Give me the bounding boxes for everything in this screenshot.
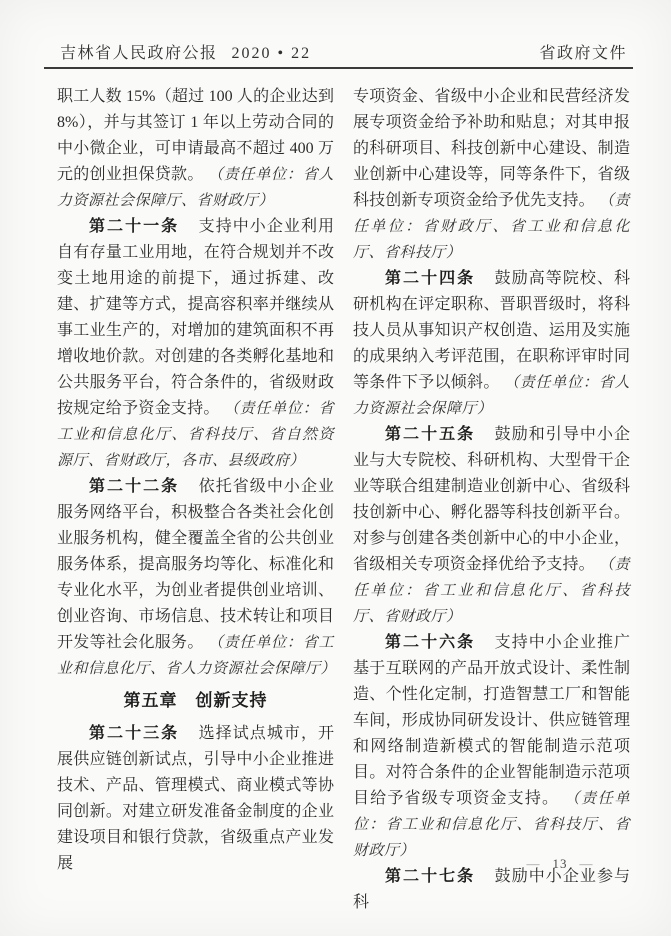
paragraph-text: 支持中小企业利用自有存量工业用地，在符合规划并不改变土地用途的前提下，通过拆建、… xyxy=(57,218,334,417)
page-header: 吉林省人民政府公报 2020 • 22 省政府文件 xyxy=(60,40,627,63)
article-number: 第二十一条 xyxy=(89,218,179,235)
footer-dash-left: — xyxy=(527,856,541,872)
paragraph-text: 鼓励高等院校、科研机构在评定职称、晋职晋级时，将科技人员从事知识产权创造、运用及… xyxy=(353,270,630,391)
paragraph-article-26: 第二十六条 支持中小企业推广基于互联网的产品开放式设计、柔性制造、个性化定制，打… xyxy=(353,630,630,864)
paragraph-article-23: 第二十三条 选择试点城市，开展供应链创新试点，引导中小企业推进技术、产品、管理模… xyxy=(57,721,334,877)
paragraph-text: 选择试点城市，开展供应链创新试点，引导中小企业推进技术、产品、管理模式、商业模式… xyxy=(57,725,334,872)
paragraph-text: 鼓励和引导中小企业与大专院校、科研机构、大型骨干企业等联合组建制造业创新中心、省… xyxy=(353,426,630,573)
article-number: 第二十七条 xyxy=(385,868,475,885)
header-journal-group: 吉林省人民政府公报 2020 • 22 xyxy=(60,40,311,63)
paragraph-text: 专项资金、省级中小企业和民营经济发展专项资金给予补助和贴息；对其申报的科研项目、… xyxy=(353,88,630,209)
page-footer: — 13 — xyxy=(500,856,620,872)
paragraph-text: 支持中小企业推广基于互联网的产品开放式设计、柔性制造、个性化定制，打造智慧工厂和… xyxy=(353,634,630,807)
article-number: 第二十四条 xyxy=(385,270,475,287)
paragraph-article-25: 第二十五条 鼓励和引导中小企业与大专院校、科研机构、大型骨干企业等联合组建制造业… xyxy=(353,422,630,630)
article-number: 第二十三条 xyxy=(89,725,179,742)
header-divider xyxy=(44,67,633,69)
content-columns: 职工人数 15%（超过 100 人的企业达到 8%），并与其签订 1 年以上劳动… xyxy=(57,84,630,916)
paragraph-text: 依托省级中小企业服务网络平台，积极整合各类社会化创业服务机构，健全覆盖全省的公共… xyxy=(57,478,334,651)
journal-title: 吉林省人民政府公报 xyxy=(60,40,218,63)
right-column: 专项资金、省级中小企业和民营经济发展专项资金给予补助和贴息；对其申报的科研项目、… xyxy=(353,84,630,916)
left-column: 职工人数 15%（超过 100 人的企业达到 8%），并与其签订 1 年以上劳动… xyxy=(57,84,334,916)
paragraph-article-21: 第二十一条 支持中小企业利用自有存量工业用地，在符合规划并不改变土地用途的前提下… xyxy=(57,214,334,474)
page-number: 13 xyxy=(553,856,568,872)
article-number: 第二十五条 xyxy=(385,426,475,443)
article-number: 第二十二条 xyxy=(89,478,179,495)
paragraph-continuation: 专项资金、省级中小企业和民营经济发展专项资金给予补助和贴息；对其申报的科研项目、… xyxy=(353,84,630,266)
paragraph-continuation: 职工人数 15%（超过 100 人的企业达到 8%），并与其签订 1 年以上劳动… xyxy=(57,84,334,214)
paragraph-article-24: 第二十四条 鼓励高等院校、科研机构在评定职称、晋职晋级时，将科技人员从事知识产权… xyxy=(353,266,630,422)
section-label: 省政府文件 xyxy=(539,40,627,63)
issue-number: 2020 • 22 xyxy=(232,45,312,63)
paragraph-article-22: 第二十二条 依托省级中小企业服务网络平台，积极整合各类社会化创业服务机构，健全覆… xyxy=(57,474,334,682)
article-number: 第二十六条 xyxy=(385,634,475,651)
chapter-heading: 第五章 创新支持 xyxy=(57,688,334,714)
footer-dash-right: — xyxy=(580,856,594,872)
